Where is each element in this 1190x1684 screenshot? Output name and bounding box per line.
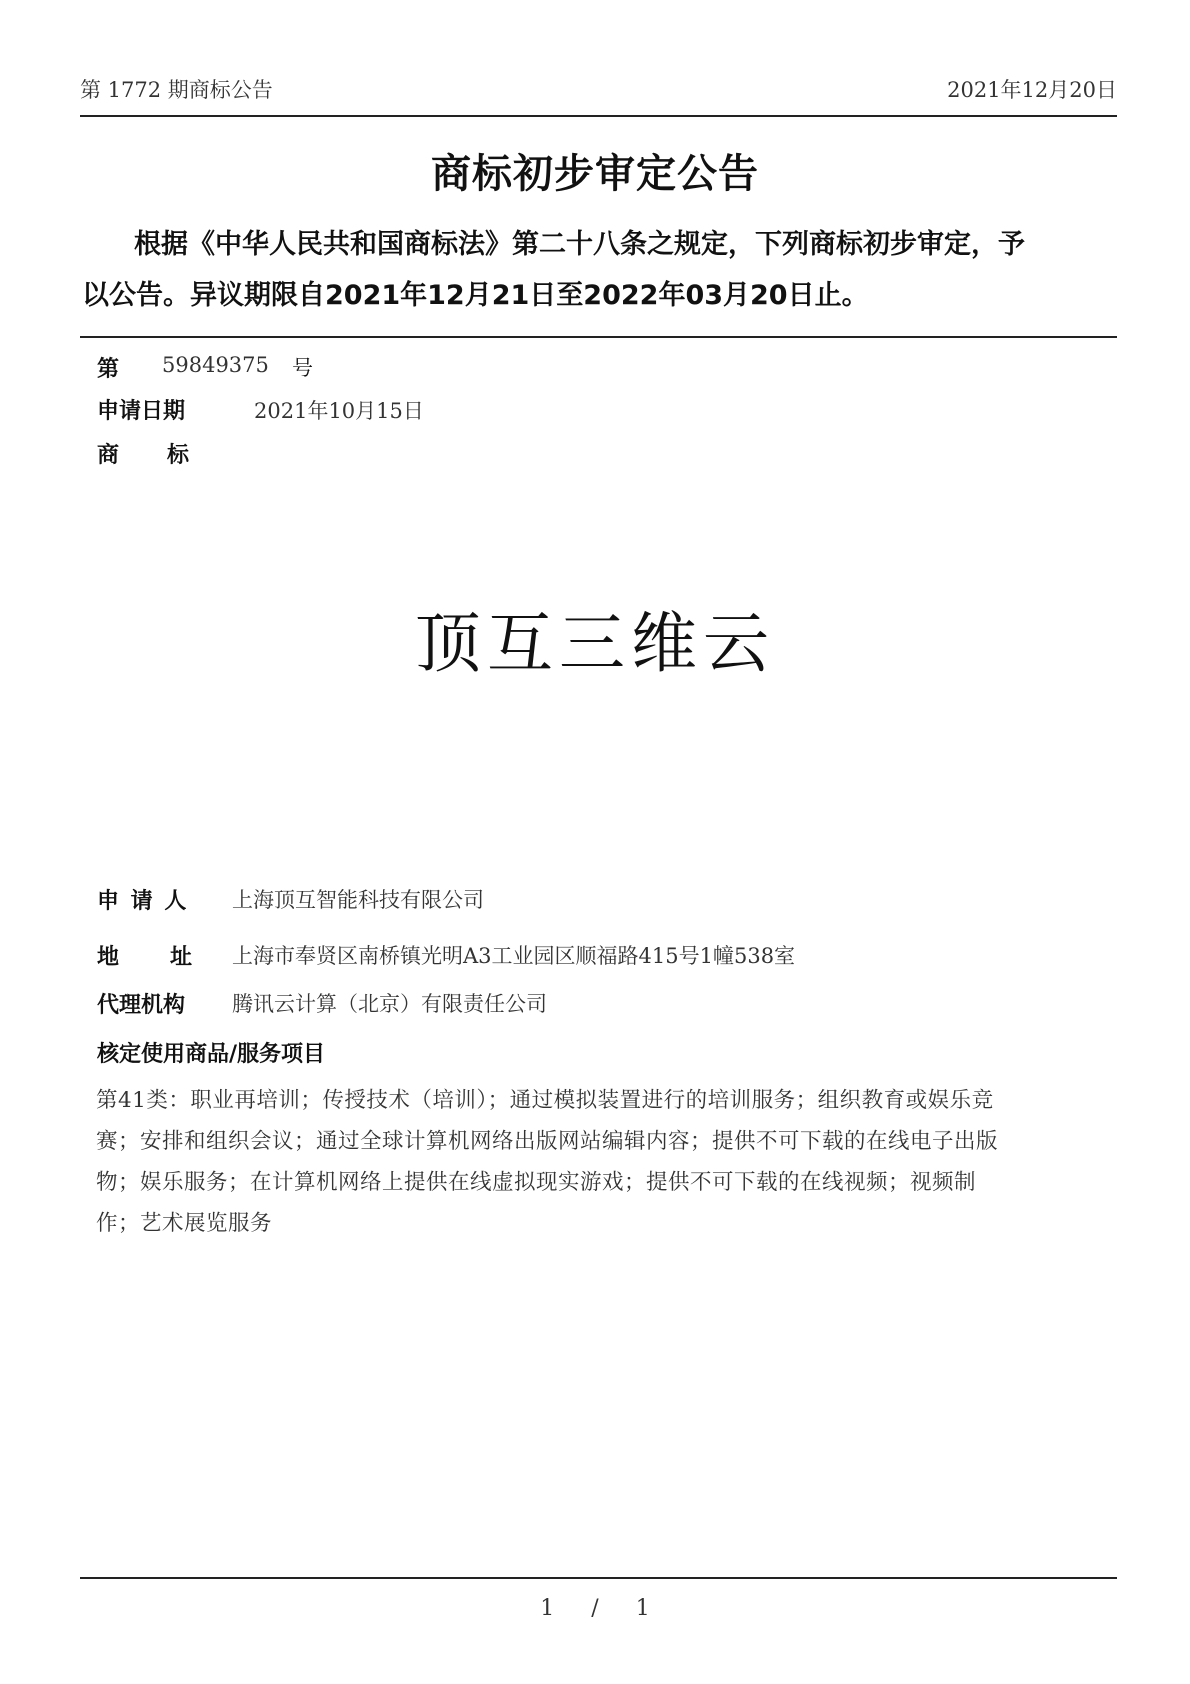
applicant-name: 上海顶互智能科技有限公司 [232,884,484,914]
registration-number: 59849375 [162,353,269,377]
issue-date: 2021年12月20日 [947,74,1117,104]
goods-line: 物；娱乐服务；在计算机网络上提供在线虚拟现实游戏；提供不可下载的在线视频；视频制 [96,1162,1106,1203]
agent-label: 代理机构 [97,988,185,1019]
page-number: 1 / 1 [0,1596,1190,1621]
header-divider [80,115,1117,117]
agent-name: 腾讯云计算（北京）有限责任公司 [232,988,547,1018]
applicant-label: 申 请 人 [97,884,186,915]
number-suffix: 号 [292,352,313,382]
footer-divider [80,1577,1117,1579]
trademark-text: 顶互三维云 [0,590,1190,685]
address-label-2: 址 [170,940,192,971]
page-title: 商标初步审定公告 [0,142,1190,199]
goods-line: 第41类：职业再培训；传授技术（培训）；通过模拟装置进行的培训服务；组织教育或娱… [96,1080,1106,1121]
goods-line: 作；艺术展览服务 [96,1203,1106,1244]
apply-date: 2021年10月15日 [254,395,424,425]
trademark-label-1: 商 [97,438,119,469]
goods-list: 第41类：职业再培训；传授技术（培训）；通过模拟装置进行的培训服务；组织教育或娱… [96,1080,1106,1244]
address-value: 上海市奉贤区南桥镇光明A3工业园区顺福路415号1幢538室 [232,940,795,970]
issue-number: 第 1772 期商标公告 [80,74,273,104]
goods-line: 赛；安排和组织会议；通过全球计算机网络出版网站编辑内容；提供不可下载的在线电子出… [96,1121,1106,1162]
goods-label: 核定使用商品/服务项目 [97,1037,325,1068]
apply-date-label: 申请日期 [97,394,185,425]
number-prefix: 第 [97,352,119,383]
intro-line-1: 根据《中华人民共和国商标法》第二十八条之规定，下列商标初步审定，予 [134,222,1170,261]
trademark-label-2: 标 [167,438,189,469]
intro-divider [80,336,1117,338]
intro-line-2: 以公告。异议期限自2021年12月21日至2022年03月20日止。 [82,273,1118,312]
address-label-1: 地 [97,940,119,971]
